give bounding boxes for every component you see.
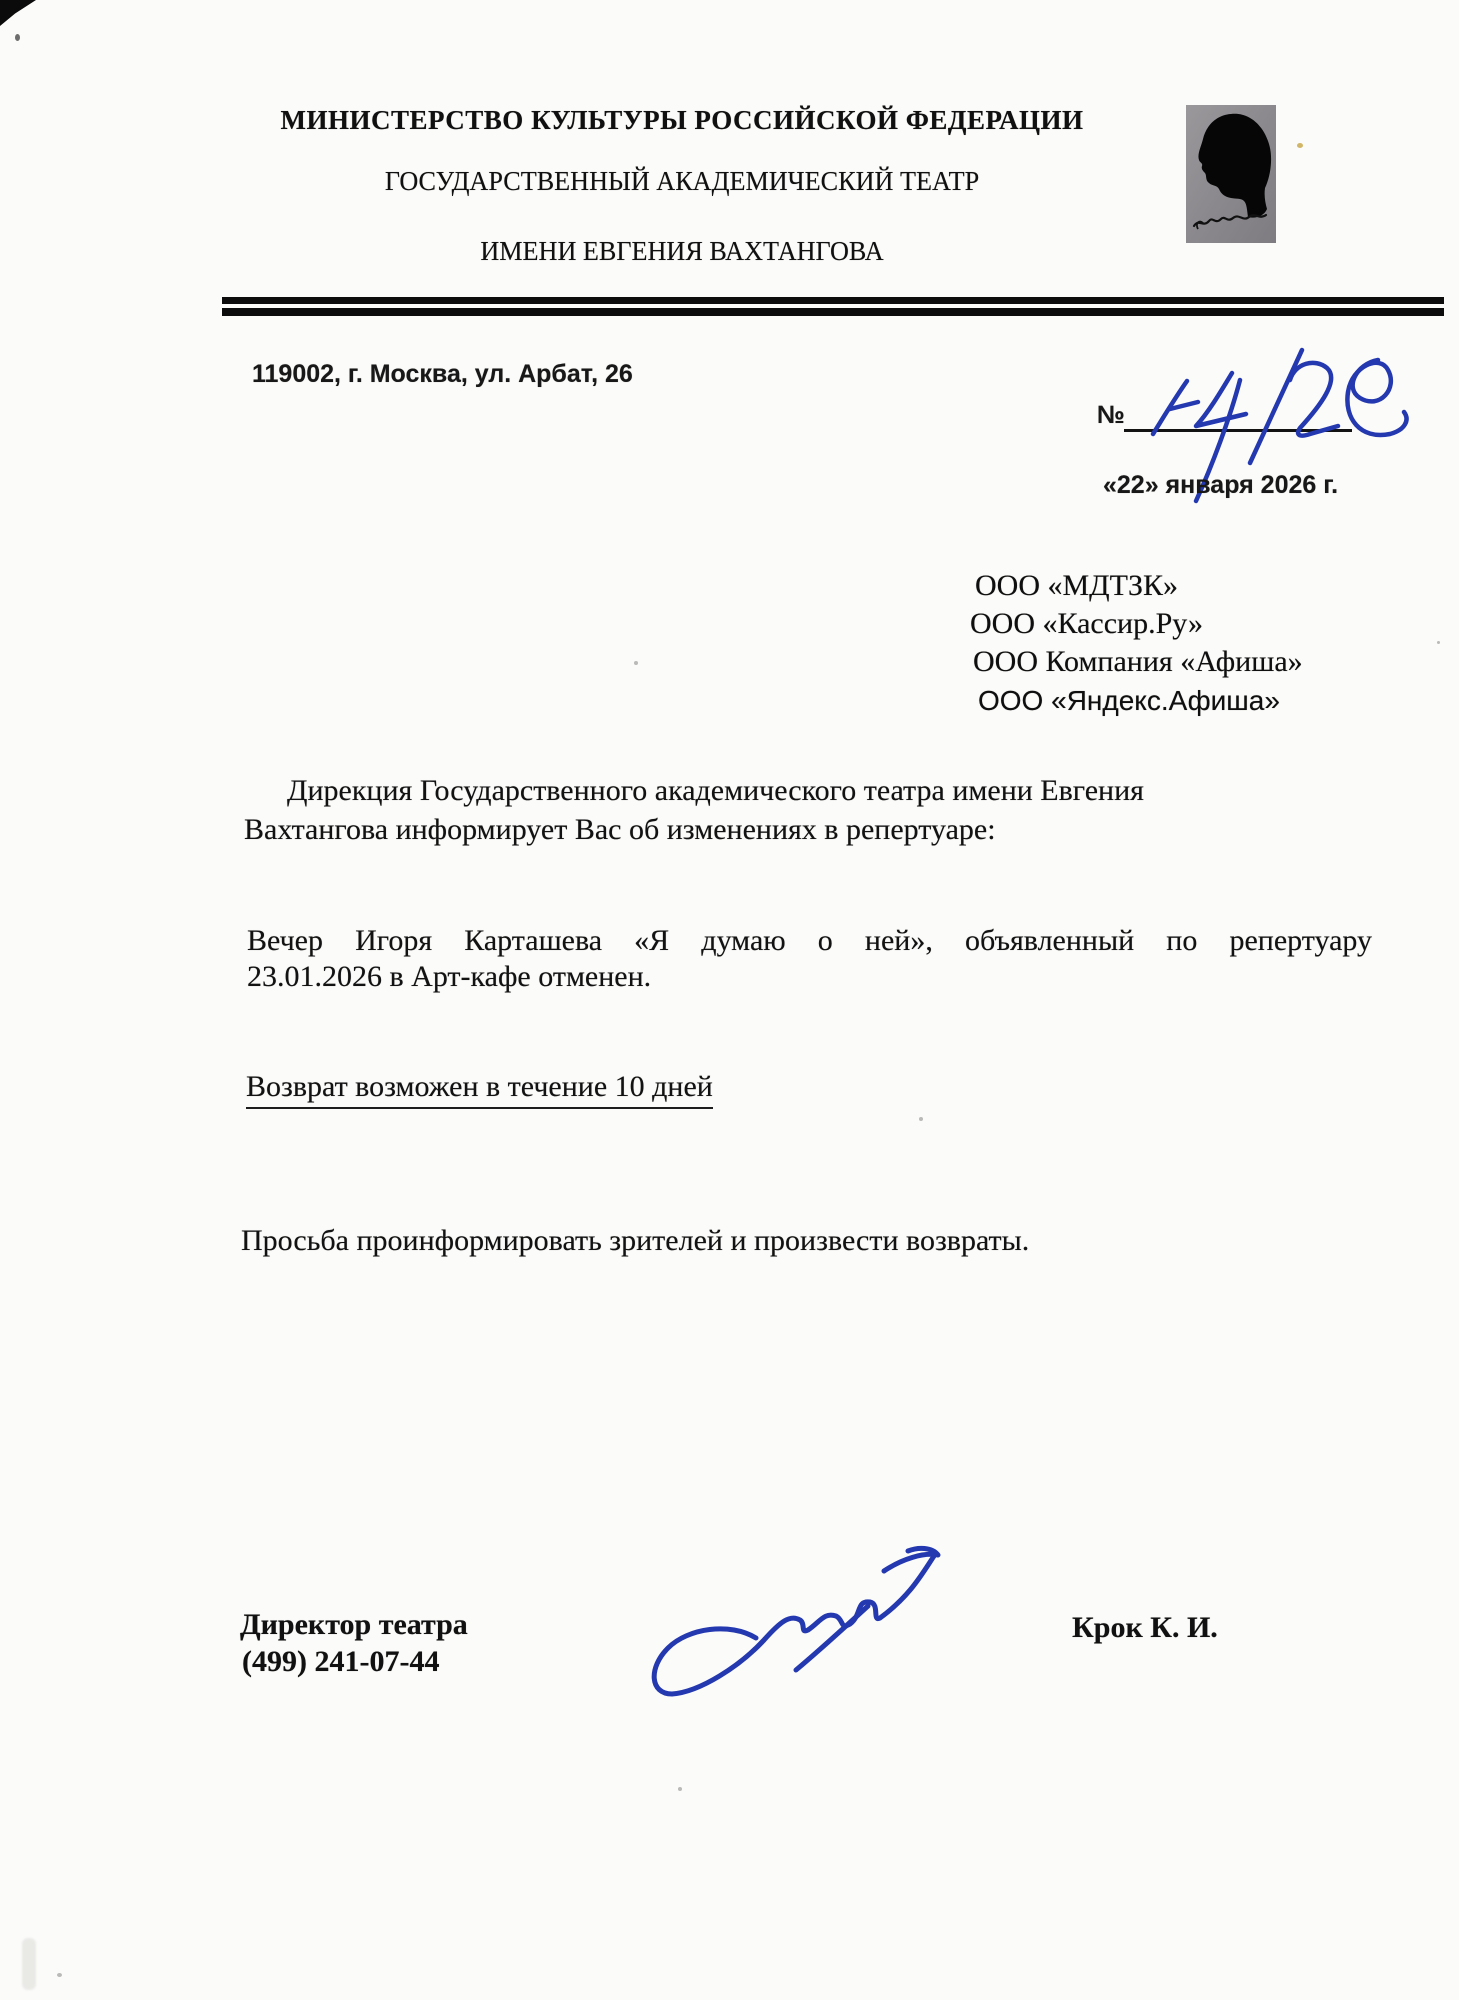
letterhead-rule-bottom <box>222 308 1444 316</box>
recipient-line: ООО «Кассир.Ру» <box>970 608 1203 640</box>
vakhtangov-silhouette-stamp-icon <box>1186 105 1276 243</box>
recipient-line: ООО «МДТЗК» <box>975 570 1178 602</box>
signer-phone: (499) 241-07-44 <box>242 1646 439 1678</box>
theatre-title: ГОСУДАРСТВЕННЫЙ АКАДЕМИЧЕСКИЙ ТЕАТР <box>166 167 1198 195</box>
theatre-name: ИМЕНИ ЕВГЕНИЯ ВАХТАНГОВА <box>166 237 1198 265</box>
scan-smear <box>22 1938 36 1990</box>
scanned-letter-page: МИНИСТЕРСТВО КУЛЬТУРЫ РОССИЙСКОЙ ФЕДЕРАЦ… <box>0 0 1459 2000</box>
scan-speck <box>919 1117 923 1121</box>
document-number-label: № <box>1097 402 1125 428</box>
body-paragraph1-line2: Вахтангова информирует Вас об изменениях… <box>244 814 996 846</box>
document-date: «22» января 2026 г. <box>1103 472 1338 498</box>
ministry-title: МИНИСТЕРСТВО КУЛЬТУРЫ РОССИЙСКОЙ ФЕДЕРАЦ… <box>150 106 1214 134</box>
letterhead-rule-top <box>222 297 1444 304</box>
scan-speck <box>678 1787 682 1791</box>
signer-title: Директор театра <box>240 1609 468 1641</box>
body-paragraph2-line1: Вечер Игоря Карташева «Я думаю о ней», о… <box>247 922 1372 960</box>
recipient-line: ООО «Яндекс.Афиша» <box>978 686 1280 715</box>
scan-speck <box>1297 143 1303 148</box>
refund-notice: Возврат возможен в течение 10 дней <box>246 1071 713 1109</box>
signer-name: Крок К. И. <box>1072 1612 1218 1644</box>
scan-corner-smudge <box>0 0 36 26</box>
scan-speck <box>634 661 638 665</box>
recipient-line: ООО Компания «Афиша» <box>973 646 1303 678</box>
theatre-address: 119002, г. Москва, ул. Арбат, 26 <box>252 361 633 387</box>
request-line: Просьба проинформировать зрителей и прои… <box>241 1225 1029 1257</box>
body-paragraph1-line1: Дирекция Государственного академического… <box>287 775 1144 807</box>
scan-speck <box>57 1973 62 1977</box>
scan-speck <box>15 34 20 41</box>
body-paragraph2-line2: 23.01.2026 в Арт-кафе отменен. <box>247 961 651 993</box>
scan-speck <box>1437 641 1440 644</box>
handwritten-signature-icon <box>640 1535 960 1720</box>
